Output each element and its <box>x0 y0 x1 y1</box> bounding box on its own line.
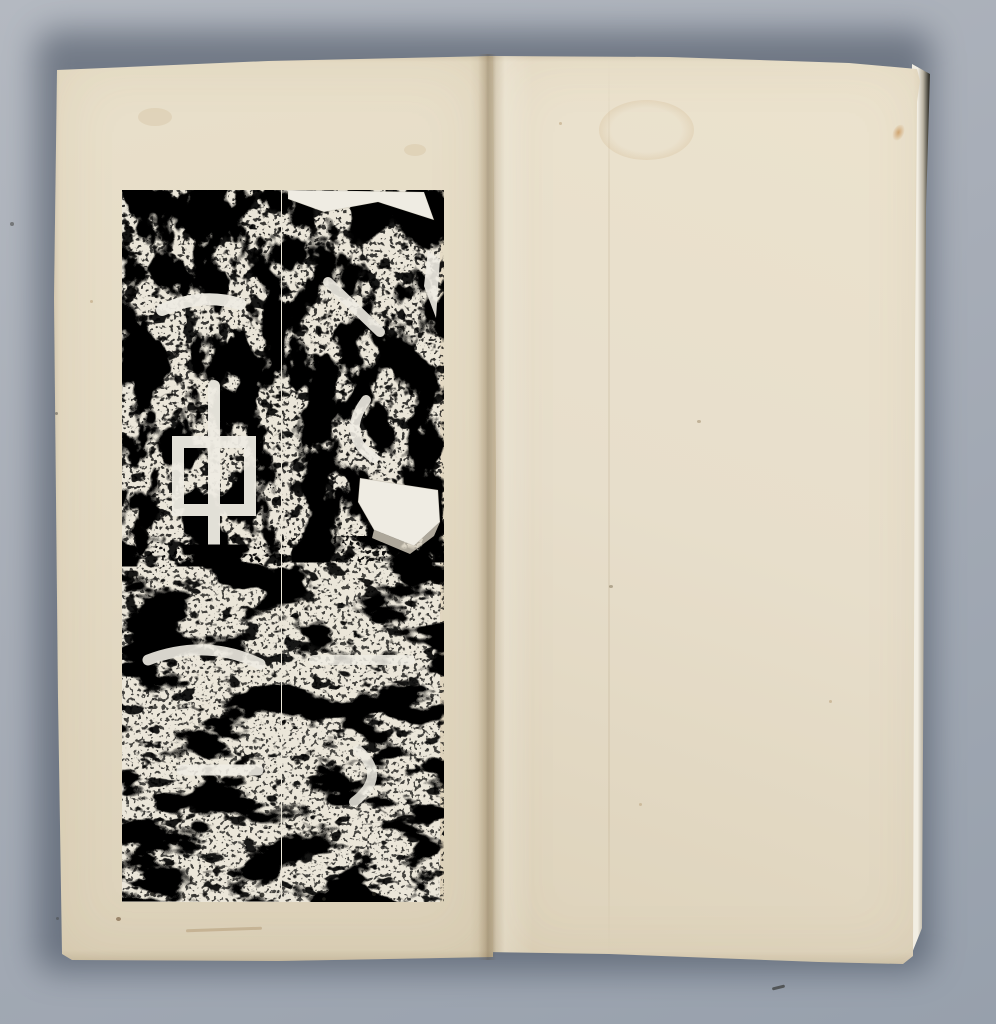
rubbing-panel-lower-right <box>288 550 438 892</box>
ring-stain <box>599 100 694 160</box>
right-blank-page <box>489 48 933 970</box>
left-rubbing-page <box>48 48 496 966</box>
page-fold-crease <box>608 58 610 958</box>
foxing-dot <box>697 420 701 423</box>
foxing-dot <box>90 300 93 303</box>
gutter-crease <box>478 54 496 960</box>
foxing-dot <box>559 122 562 125</box>
backdrop-scratch <box>772 984 785 990</box>
fiber-streak <box>186 927 262 933</box>
rubbing-panel-lower-left <box>125 558 275 888</box>
backdrop-speck <box>10 222 14 226</box>
foxing-dot <box>829 700 832 703</box>
rust-mark <box>890 123 907 143</box>
paper-stain <box>404 144 426 156</box>
rubbing-panel-upper-left <box>125 200 275 552</box>
paper-stain <box>138 108 172 126</box>
foxing-dot <box>639 803 642 806</box>
photograph-of-open-rubbing-album <box>0 0 996 1024</box>
dark-spot <box>116 917 121 921</box>
ink-rubbing-block <box>122 190 446 902</box>
